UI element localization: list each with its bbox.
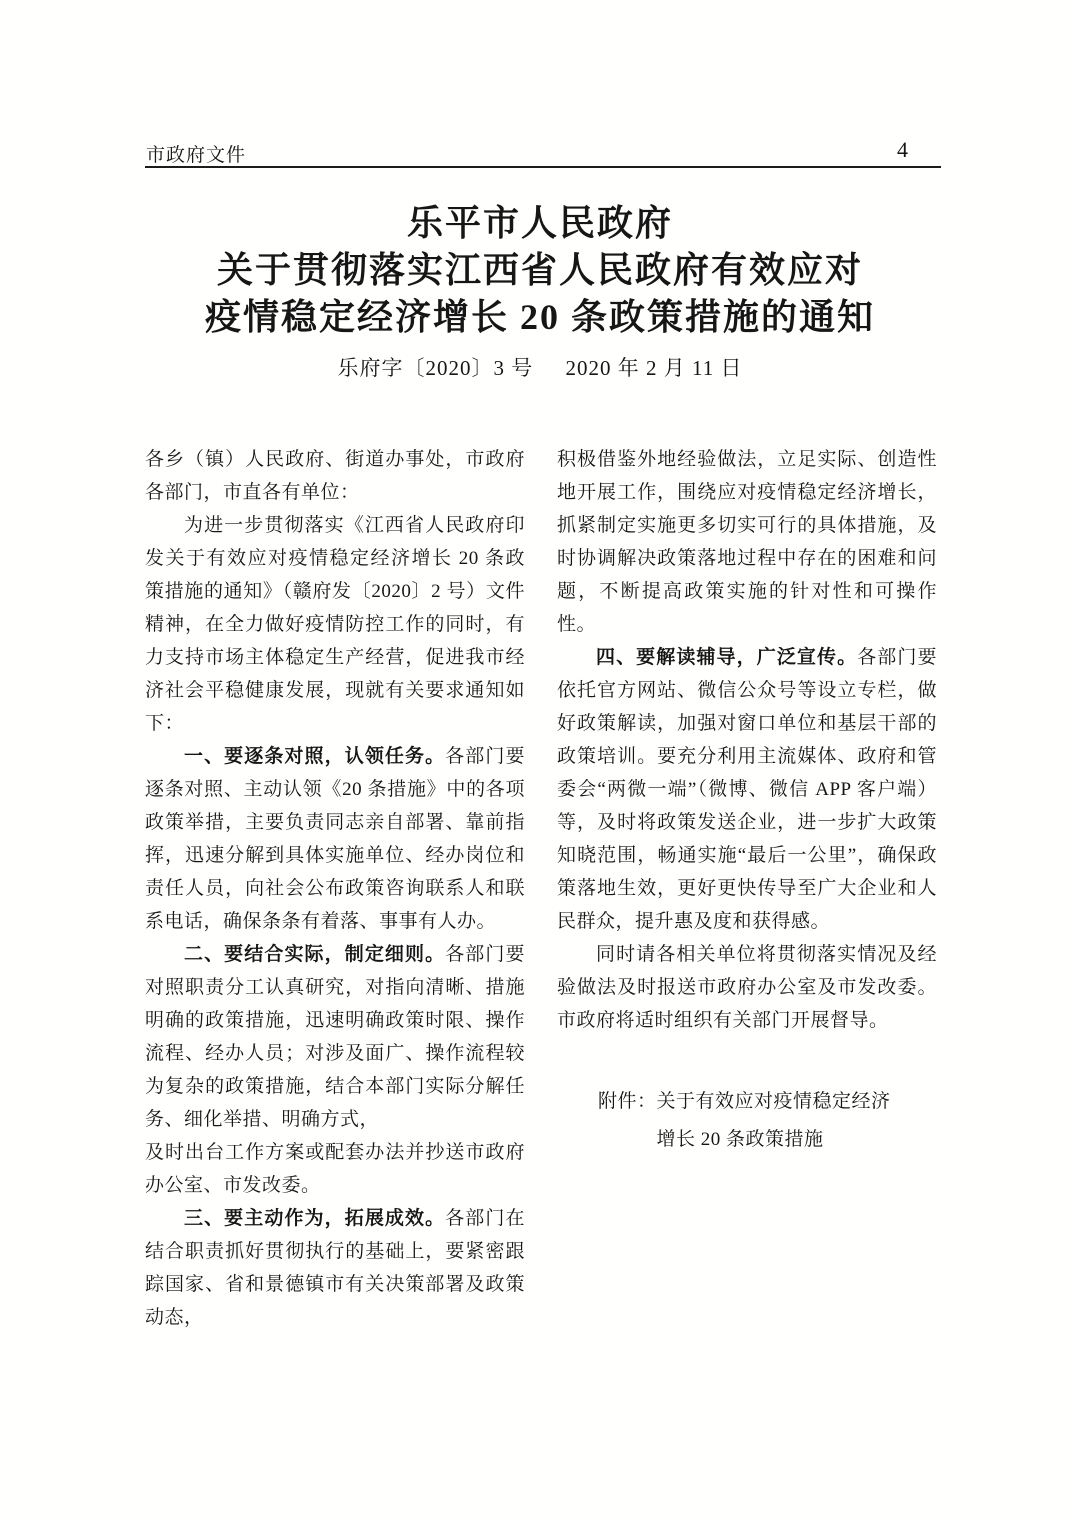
paragraph-section-1: 一、要逐条对照，认领任务。各部门要逐条对照、主动认领《20 条措施》中的各项政策…: [145, 740, 525, 938]
section-2-text: 各部门要对照职责分工认真研究，对指向清晰、措施明确的政策措施，迅速明确政策时限、…: [145, 944, 525, 1130]
document-meta: 乐府字〔2020〕3 号 2020 年 2 月 11 日: [145, 352, 935, 382]
header-divider-rule: [145, 166, 941, 168]
section-4-lead: 四、要解读辅导，广泛宣传。: [596, 647, 857, 668]
title-line-1: 乐平市人民政府: [145, 200, 935, 247]
section-2-lead: 二、要结合实际，制定细则。: [184, 944, 445, 965]
title-line-2: 关于贯彻落实江西省人民政府有效应对: [145, 247, 935, 294]
paragraph-section-4: 四、要解读辅导，广泛宣传。各部门要依托官方网站、微信公众号等设立专栏，做好政策解…: [557, 641, 937, 938]
paragraph-section-3: 三、要主动作为，拓展成效。各部门在结合职责抓好贯彻执行的基础上，要紧密跟踪国家、…: [145, 1202, 525, 1334]
right-column: 积极借鉴外地经验做法，立足实际、创造性地开展工作，围绕应对疫情稳定经济增长，抓紧…: [557, 443, 937, 1159]
paragraph-section-3-continued: 积极借鉴外地经验做法，立足实际、创造性地开展工作，围绕应对疫情稳定经济增长，抓紧…: [557, 443, 937, 641]
paragraph-section-2: 二、要结合实际，制定细则。各部门要对照职责分工认真研究，对指向清晰、措施明确的政…: [145, 938, 525, 1136]
section-3-lead: 三、要主动作为，拓展成效。: [184, 1208, 445, 1229]
header-page-number: 4: [897, 137, 908, 163]
doc-date: 2020 年 2 月 11 日: [566, 356, 743, 380]
header-doc-type: 市政府文件: [146, 140, 246, 167]
left-column: 各乡（镇）人民政府、街道办事处，市政府各部门，市直各有单位： 为进一步贯彻落实《…: [145, 443, 525, 1334]
doc-number: 乐府字〔2020〕3 号: [338, 356, 534, 380]
paragraph-reporting: 同时请各相关单位将贯彻落实情况及经验做法及时报送市政府办公室及市发改委。市政府将…: [557, 938, 937, 1037]
document-page: 市政府文件 4 乐平市人民政府 关于贯彻落实江西省人民政府有效应对 疫情稳定经济…: [0, 0, 1074, 1520]
attachment-line-1: 关于有效应对疫情稳定经济: [657, 1083, 891, 1121]
paragraph-section-2-continued: 及时出台工作方案或配套办法并抄送市政府办公室、市发改委。: [145, 1136, 525, 1202]
attachment-note: 附件： 关于有效应对疫情稳定经济 增长 20 条政策措施: [557, 1083, 937, 1159]
attachment-label: 附件：: [598, 1083, 657, 1121]
section-4-text: 各部门要依托官方网站、微信公众号等设立专栏，做好政策解读，加强对窗口单位和基层干…: [557, 647, 937, 932]
section-1-text: 各部门要逐条对照、主动认领《20 条措施》中的各项政策举措，主要负责同志亲自部署…: [145, 746, 525, 932]
document-title: 乐平市人民政府 关于贯彻落实江西省人民政府有效应对 疫情稳定经济增长 20 条政…: [145, 200, 935, 341]
title-line-3: 疫情稳定经济增长 20 条政策措施的通知: [145, 294, 935, 341]
attachment-title: 关于有效应对疫情稳定经济 增长 20 条政策措施: [657, 1083, 891, 1159]
paragraph-salutation: 各乡（镇）人民政府、街道办事处，市政府各部门，市直各有单位：: [145, 443, 525, 509]
paragraph-intro: 为进一步贯彻落实《江西省人民政府印发关于有效应对疫情稳定经济增长 20 条政策措…: [145, 509, 525, 740]
attachment-line-2: 增长 20 条政策措施: [657, 1121, 891, 1159]
section-1-lead: 一、要逐条对照，认领任务。: [184, 746, 445, 767]
